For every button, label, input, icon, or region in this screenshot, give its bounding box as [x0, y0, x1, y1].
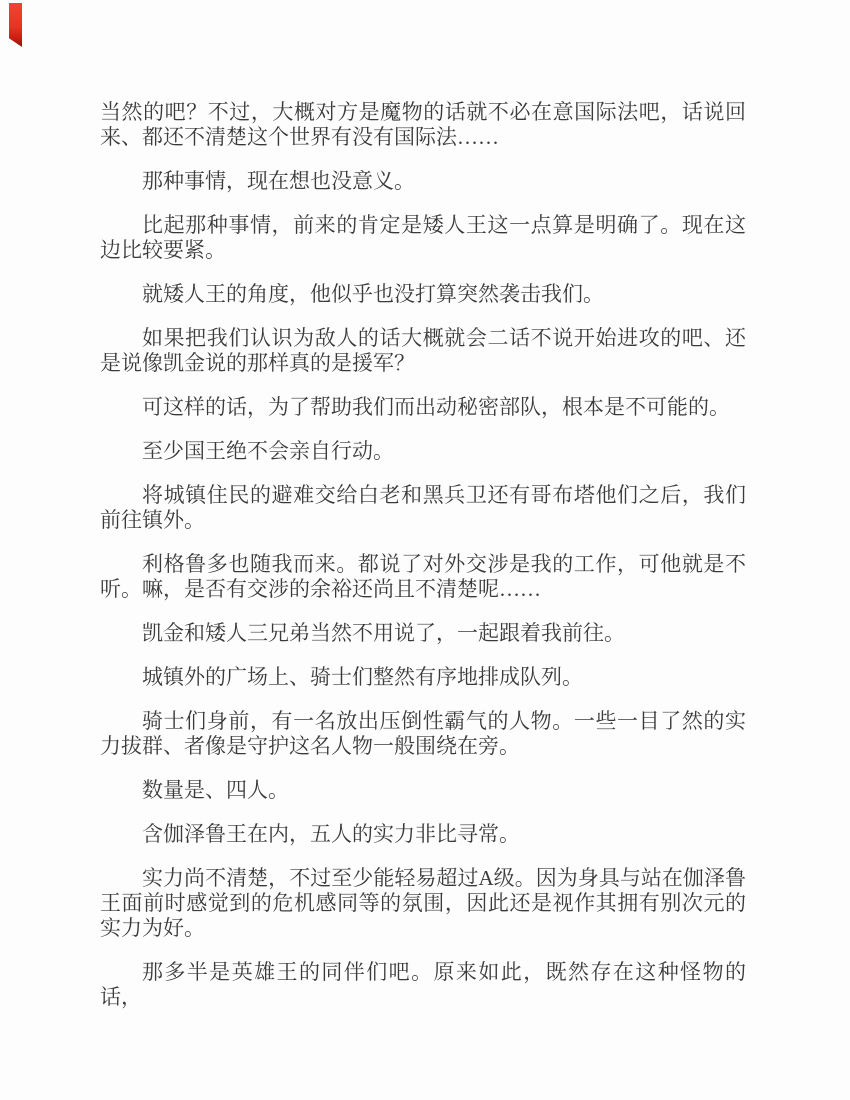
paragraph: 那种事情，现在想也没意义。 [100, 169, 746, 194]
paragraph: 就矮人王的角度，他似乎也没打算突然袭击我们。 [100, 282, 746, 307]
bookmark-ribbon-icon [9, 3, 22, 47]
paragraph: 至少国王绝不会亲自行动。 [100, 439, 746, 464]
paragraph: 利格鲁多也随我而来。都说了对外交涉是我的工作，可他就是不听。嘛，是否有交涉的余裕… [100, 552, 746, 602]
paragraph: 将城镇住民的避难交给白老和黑兵卫还有哥布塔他们之后，我们前往镇外。 [100, 483, 746, 533]
paragraph: 骑士们身前，有一名放出压倒性霸气的人物。一些一目了然的实力拔群、者像是守护这名人… [100, 709, 746, 759]
paragraph: 凯金和矮人三兄弟当然不用说了，一起跟着我前往。 [100, 621, 746, 646]
paragraph: 实力尚不清楚，不过至少能轻易超过A级。因为身具与站在伽泽鲁王面前时感觉到的危机感… [100, 866, 746, 941]
paragraph: 比起那种事情，前来的肯定是矮人王这一点算是明确了。现在这边比较要紧。 [100, 213, 746, 263]
paragraph: 数量是、四人。 [100, 778, 746, 803]
paragraph: 含伽泽鲁王在内，五人的实力非比寻常。 [100, 822, 746, 847]
paragraph: 那多半是英雄王的同伴们吧。原来如此，既然存在这种怪物的话， [100, 960, 746, 1010]
paragraph: 可这样的话，为了帮助我们而出动秘密部队，根本是不可能的。 [100, 395, 746, 420]
paragraph: 如果把我们认识为敌人的话大概就会二话不说开始进攻的吧、还是说像凯金说的那样真的是… [100, 326, 746, 376]
paragraph: 当然的吧？不过，大概对方是魔物的话就不必在意国际法吧，话说回来、都还不清楚这个世… [100, 100, 746, 150]
paragraph: 城镇外的广场上、骑士们整然有序地排成队列。 [100, 665, 746, 690]
page-text-content: 当然的吧？不过，大概对方是魔物的话就不必在意国际法吧，话说回来、都还不清楚这个世… [100, 100, 746, 1029]
reader-page: 当然的吧？不过，大概对方是魔物的话就不必在意国际法吧，话说回来、都还不清楚这个世… [0, 0, 850, 1100]
